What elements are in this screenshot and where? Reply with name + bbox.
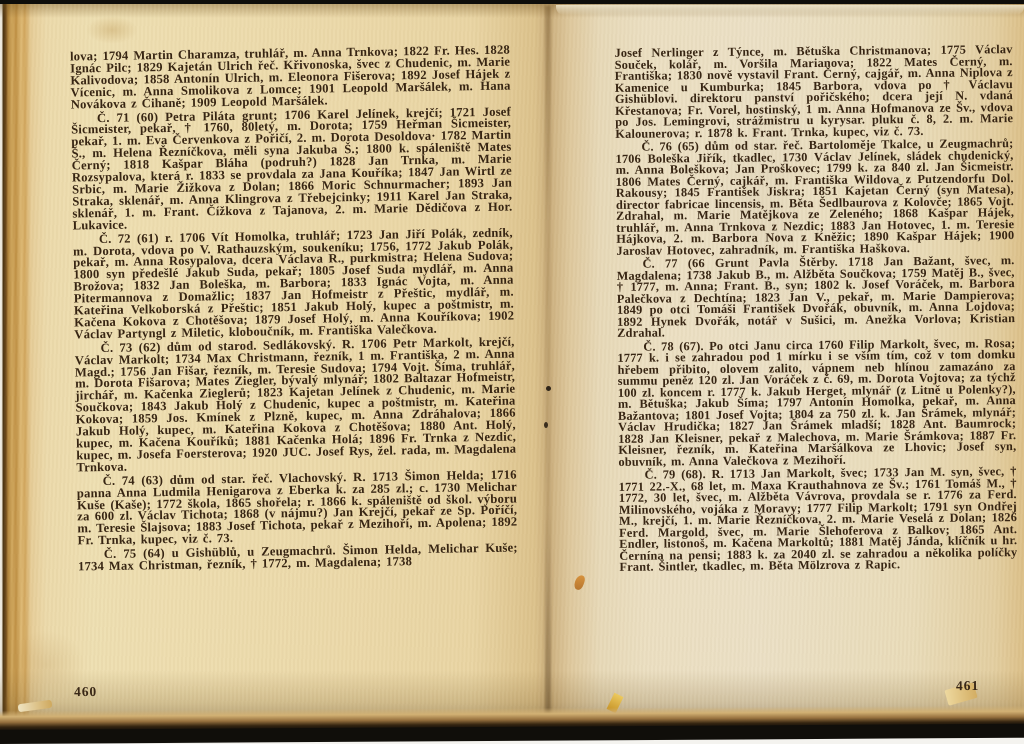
- paragraph-c79: Č. 79 (68). R. 1713 Jan Markolt, švec; 1…: [619, 466, 1018, 573]
- paragraph-c76: Č. 76 (65) dům od star. řeč. Bartoloměje…: [615, 138, 1014, 257]
- paragraph-c77: Č. 77 (66 Grunt Pavla Štěrby. 1718 Jan B…: [617, 255, 1016, 339]
- ink-speck: [546, 386, 551, 391]
- paragraph-continuation-left: lova; 1794 Martin Charamza, truhlář, m. …: [70, 45, 511, 111]
- paragraph-c72: Č. 72 (61) r. 1706 Vít Homolka, truhlář;…: [73, 227, 515, 341]
- right-page-number: 461: [956, 678, 979, 694]
- photo-top-shadow: [0, 0, 1024, 4]
- ink-speck: [544, 422, 548, 428]
- paragraph-c73: Č. 73 (62) dům od starod. Sedlákovský. R…: [75, 336, 517, 474]
- right-page-top-edge: [556, 5, 1024, 15]
- paragraph-c75: Č. 75 (64) u Gishüblů, u Zeugmachrů. Šim…: [78, 543, 518, 574]
- right-page: Josef Nerlinger z Týnce, m. Bětuška Chri…: [614, 44, 1017, 573]
- left-page: lova; 1794 Martin Charamza, truhlář, m. …: [70, 45, 518, 574]
- open-book: lova; 1794 Martin Charamza, truhlář, m. …: [0, 2, 1024, 732]
- paragraph-continuation-right: Josef Nerlinger z Týnce, m. Bětuška Chri…: [614, 44, 1013, 140]
- paragraph-c74: Č. 74 (63) dům od star. řeč. Vlachovský.…: [77, 469, 518, 547]
- paper-fleck: [573, 574, 586, 591]
- left-page-number: 460: [74, 684, 97, 700]
- paper-stain: [86, 16, 138, 44]
- book-photo: lova; 1794 Martin Charamza, truhlář, m. …: [0, 0, 1024, 738]
- paragraph-c78: Č. 78 (67). Po otci Janu circa 1760 Fili…: [617, 338, 1016, 468]
- paragraph-c71: Č. 71 (60) Petra Piláta grunt; 1706 Kare…: [71, 106, 513, 232]
- book-spine-shadow: [545, 6, 551, 728]
